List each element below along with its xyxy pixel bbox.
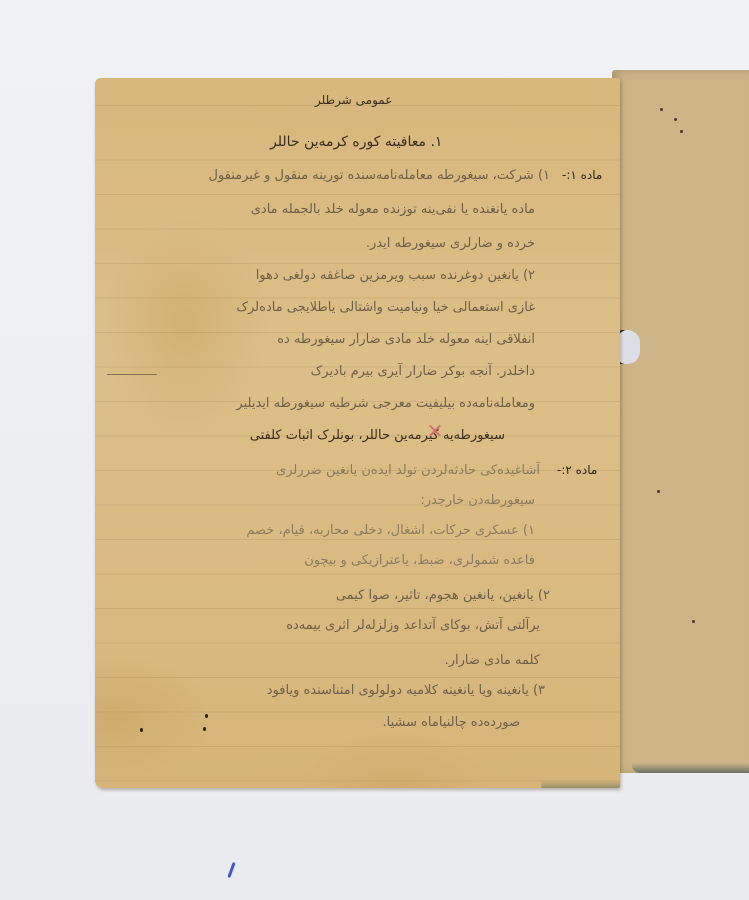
article-2-line: ۳) یانغینه ویا یانغینه کلامیه دولولوی ام… [115, 683, 545, 698]
manuscript-page: عمومی شرطلر ۱. معافیته کوره کرمه‌ین حالل… [95, 78, 620, 788]
clause-2-line: ۲) یانغین دوغرنده سبب ویرمزین صاغقه دولغ… [115, 268, 535, 283]
article-1-line: خرده و ضارلری سیغورطه ایدر. [265, 236, 535, 251]
foxing-spot [680, 130, 683, 133]
section-title: ۱. معافیته کوره کرمه‌ین حاللر [270, 134, 442, 150]
foxing-spot [657, 490, 660, 493]
page-header: عمومی شرطلر [315, 93, 392, 107]
pencil-stroke [107, 374, 157, 375]
article-2-line: ۲) یانغین، یانغین هجوم، تاثیر، صوا کیمی [105, 588, 550, 603]
ink-spot [203, 727, 206, 731]
clause-2-line: غازی استعمالی خیا ونیامیت واشتالی یاطلای… [115, 300, 535, 315]
article-2-line: یرآلتی آتش، بوکای آتداعد وزلزله‌لر اثری … [105, 618, 540, 633]
clause-2-line: داخلدر. آنجه بوکر ضارار آیری بیرم بادیرک [155, 364, 535, 379]
article-2-line: آشاغیده‌کی حادثه‌لردن تولد ایده‌ن یانغین… [110, 463, 540, 478]
article-2-label: ماده ۲:- [557, 463, 597, 477]
foxing-spot [660, 108, 663, 111]
clause-2-line: ومعامله‌نامه‌ده بیلیفیت معرجی شرطیه سیغو… [105, 396, 535, 411]
article-2-line: کلمه مادی ضارار. [295, 653, 540, 668]
article-2-line: سیغورطه‌دن خارجدر: [280, 493, 535, 508]
foxing-spot [692, 620, 695, 623]
article-1-line: ۱) شرکت، سیغورطه معامله‌نامه‌سنده تورینه… [105, 168, 550, 183]
ink-spot [140, 728, 143, 732]
article-2-line: صورده‌ده چالنیاماه سشیا. [290, 715, 520, 730]
article-1-line: ماده یانغنده یا نفی‌ینه توزنده معوله خلد… [125, 202, 535, 217]
article-2-line: فاعده شمولری، ضبط، یاعترازیکی و بیچون [185, 553, 535, 568]
red-x-mark: ✕ [425, 421, 445, 441]
foxing-spot [674, 118, 677, 121]
torn-hole [618, 330, 640, 364]
article-1-label: ماده ۱:- [562, 168, 602, 182]
clause-2-line: انفلاقی اینه معوله خلد مادی ضارار سیغورط… [105, 332, 535, 347]
ink-spot [205, 714, 208, 718]
article-2-line: ۱) عسکری حرکات، اشغال، دخلی محاربه، قیام… [115, 523, 535, 538]
adjacent-cover-sheet [612, 70, 749, 773]
subheading: سیغورطه‌یه کیرمه‌ین حاللر، بونلرک اثبات … [210, 428, 505, 443]
